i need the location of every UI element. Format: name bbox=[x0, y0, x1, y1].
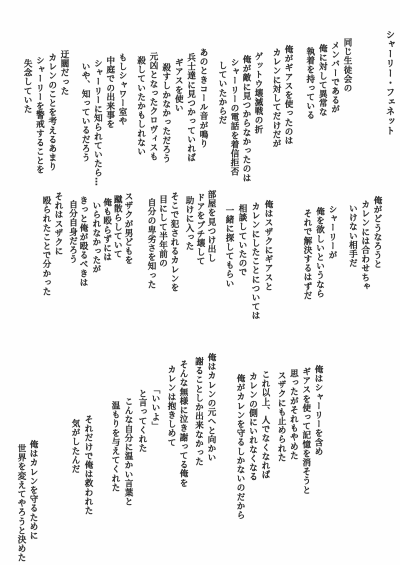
text-column: いられなかったが bbox=[90, 192, 101, 274]
text-column: 謝ることしか出来なかった bbox=[192, 353, 205, 466]
text-column: 俺も殴らずには bbox=[101, 192, 112, 274]
text-column: していたからだ bbox=[216, 52, 228, 182]
text-column: ギアスを使い bbox=[172, 48, 184, 163]
text-column: 部屋を見つけ出し bbox=[205, 190, 216, 266]
text-column: 温もりを与えてくれた bbox=[108, 397, 121, 506]
text-column: 中庭での出来事を bbox=[103, 53, 115, 186]
text-column: カレンには合わせちゃ bbox=[358, 196, 370, 291]
text-column: スザクにも止められた bbox=[275, 365, 287, 494]
text-column: 目にして半年前の bbox=[156, 192, 168, 292]
paragraph-must-not-meet: 俺がどうなろうとカレンには合わせちゃいけない相手だ bbox=[346, 196, 383, 291]
paragraph-erase-memory-idea: 俺はシャーリーを含めギアスを使って記憶を消そうと思ったがそれもやめたスザクにも止… bbox=[275, 365, 324, 494]
paragraph-shower-incident: もしシャワー室や中庭での出来事をシャーリーに知られていたら…いや、知っているだろ… bbox=[79, 53, 128, 186]
text-column: 俺はカレンを守るために bbox=[27, 440, 39, 562]
text-column: カレンは抱きしめて bbox=[165, 360, 177, 487]
text-column: 同じ生徒会の bbox=[341, 38, 353, 120]
paragraph-resolve: 俺はカレンを守るために世界を変えてやろうと決めた bbox=[15, 440, 39, 562]
text-column: 俺がカレンを守るしかないのだから bbox=[234, 370, 247, 520]
paragraph-title: シャーリー・フェネット bbox=[382, 30, 395, 136]
text-column: きっと俺が殴るべきは bbox=[78, 196, 89, 287]
text-column: 殺していたかもしれない bbox=[134, 52, 146, 161]
text-column: カレンのことを考えるあまり bbox=[45, 50, 57, 174]
text-column: 失念していた bbox=[21, 50, 33, 174]
text-column: 思ったがそれもやめた bbox=[287, 365, 299, 494]
paragraph-suzaku-beating: スザクが男どもを蹴散らしていて俺も殴らずにはいられなかったが bbox=[90, 192, 133, 274]
paragraph-realized-by-punch: それはスザクに殴られたことで分かった bbox=[40, 192, 64, 296]
document-page: シャーリー・フェネット同じ生徒会のメンバーであるが俺に対して異常な執着を持ってい… bbox=[0, 0, 400, 565]
text-column: 世界を変えてやろうと決めた bbox=[15, 440, 27, 562]
paragraph-call-tone: あのときコール音が鳴り兵士達に見つかっていればギアスを使い殺すしかなかっただろう bbox=[159, 48, 209, 163]
text-column: カレンの側にいれなくなる bbox=[246, 370, 259, 520]
text-column: 殴られたことで分かった bbox=[40, 192, 52, 296]
text-column: メンバーであるが bbox=[328, 38, 340, 120]
text-column: ドアをブチ壊して bbox=[194, 190, 205, 266]
text-column: 俺が敵に見つからなかったのは bbox=[240, 52, 252, 182]
paragraph-warm-words: こんな自分に温かい言葉と温もりを与えてくれた bbox=[108, 397, 134, 506]
paragraph-kallen-hugged: そんな無様に泣き謝ってる俺をカレンは抱きしめて bbox=[165, 360, 189, 487]
text-column: 俺に対して異常な bbox=[316, 38, 328, 120]
text-column: カレンに対してだけだが bbox=[270, 45, 282, 148]
text-column: 一緒に探してもらい bbox=[222, 200, 235, 320]
paragraph-broke-door: 部屋を見つけ出しドアをブチ壊して助けに入った bbox=[183, 190, 216, 266]
text-column: そこで犯されるカレンを bbox=[168, 192, 180, 292]
text-column: 兵士達に見つかっていれば bbox=[184, 48, 196, 163]
paragraph-shirley-wants: シャーリーが俺を欲しいというならそれで解決するはずだ bbox=[301, 205, 339, 300]
paragraph-iiyo-quote: 「いいよ」と言ってくれた bbox=[135, 385, 161, 453]
text-column: 俺はカレンの元へと向かい bbox=[205, 353, 218, 466]
text-column: 殺すしかなかっただろう bbox=[159, 48, 171, 163]
text-column: カレンにしたことについては bbox=[248, 200, 261, 320]
paragraph-ghetto-battle: ゲットウ壊滅戦の折俺が敵に見つからなかったのはシャーリーの電話を着信拒否していた… bbox=[216, 52, 264, 182]
text-column: 「いいよ」 bbox=[148, 385, 161, 453]
text-column: 俺はスザクにギアスと bbox=[261, 200, 274, 320]
text-column: 自分自身だろう bbox=[67, 196, 78, 287]
text-column: ゲットウ壊滅戦の折 bbox=[252, 52, 264, 182]
paragraph-geass-target: 俺がギアスを使ったのはカレンに対してだけだが bbox=[270, 45, 294, 148]
text-column: 助けに入った bbox=[183, 190, 194, 266]
text-column: と言ってくれた bbox=[135, 385, 148, 453]
text-column: シャーリーが bbox=[326, 205, 339, 300]
text-column: ギアスを使って記憶を消そうと bbox=[299, 365, 311, 494]
text-column: こんな自分に温かい言葉と bbox=[121, 397, 134, 506]
text-column: シャーリーの電話を着信拒否 bbox=[228, 52, 240, 182]
paragraph-saved-me: それだけで俺は救われた気がしたんだ bbox=[68, 415, 94, 515]
paragraph-apologized: 俺はカレンの元へと向かい謝ることしか出来なかった bbox=[192, 353, 217, 466]
text-column: 俺がギアスを使ったのは bbox=[282, 45, 294, 148]
text-column: スザクが男どもを bbox=[122, 192, 133, 274]
paragraph-clovis: 元凶となったクロヴィスも殺していたかもしれない bbox=[134, 52, 159, 161]
text-column: 元凶となったクロヴィスも bbox=[147, 52, 159, 161]
text-column: シャーリーを警戒することを bbox=[33, 50, 45, 174]
paragraph-consulted-suzaku: 俺はスザクにギアスとカレンにしたことについては相談していたので一緒に探してもらい bbox=[222, 200, 274, 320]
text-column: 俺を欲しいというなら bbox=[313, 205, 326, 300]
text-column: それで解決するはずだ bbox=[301, 205, 314, 300]
text-column: 俺はシャーリーを含め bbox=[312, 365, 324, 494]
text-column: 俺がどうなろうと bbox=[371, 196, 383, 291]
paragraph-stay-beside-kallen: これ以上、人でなくなればカレンの側にいれなくなる俺がカレンを守るしかないのだから bbox=[234, 370, 272, 520]
text-column: もしシャワー室や bbox=[116, 53, 128, 186]
text-column: 相談していたので bbox=[235, 200, 248, 320]
paragraph-intro: 同じ生徒会のメンバーであるが俺に対して異常な執着を持っている bbox=[303, 38, 353, 120]
text-column: 気がしたんだ bbox=[68, 415, 81, 515]
text-column: あのときコール音が鳴り bbox=[197, 48, 209, 163]
text-column: いや、知っているだろう bbox=[79, 53, 91, 186]
text-column: 自分の卑劣さを知った bbox=[145, 192, 157, 292]
text-column: いけない相手だ bbox=[346, 196, 358, 291]
paragraph-should-hit-self: きっと俺が殴るべきは自分自身だろう bbox=[67, 196, 88, 287]
text-column: これ以上、人でなくなれば bbox=[259, 370, 272, 520]
paragraph-careless: 迂闊だったカレンのことを考えるあまりシャーリーを警戒することを失念していた bbox=[21, 50, 70, 174]
text-column: それはスザクに bbox=[52, 192, 64, 296]
paragraph-witnessed: そこで犯されるカレンを目にして半年前の自分の卑劣さを知った bbox=[145, 192, 180, 292]
text-column: 迂闊だった bbox=[58, 50, 70, 174]
text-column: 蹴散らしていて bbox=[112, 192, 123, 274]
text-column: そんな無様に泣き謝ってる俺を bbox=[177, 360, 189, 487]
text-column: 執着を持っている bbox=[303, 38, 315, 120]
text-column: シャーリーに知られていたら… bbox=[91, 53, 103, 186]
page-title: シャーリー・フェネット bbox=[382, 30, 395, 136]
text-column: それだけで俺は救われた bbox=[81, 415, 94, 515]
